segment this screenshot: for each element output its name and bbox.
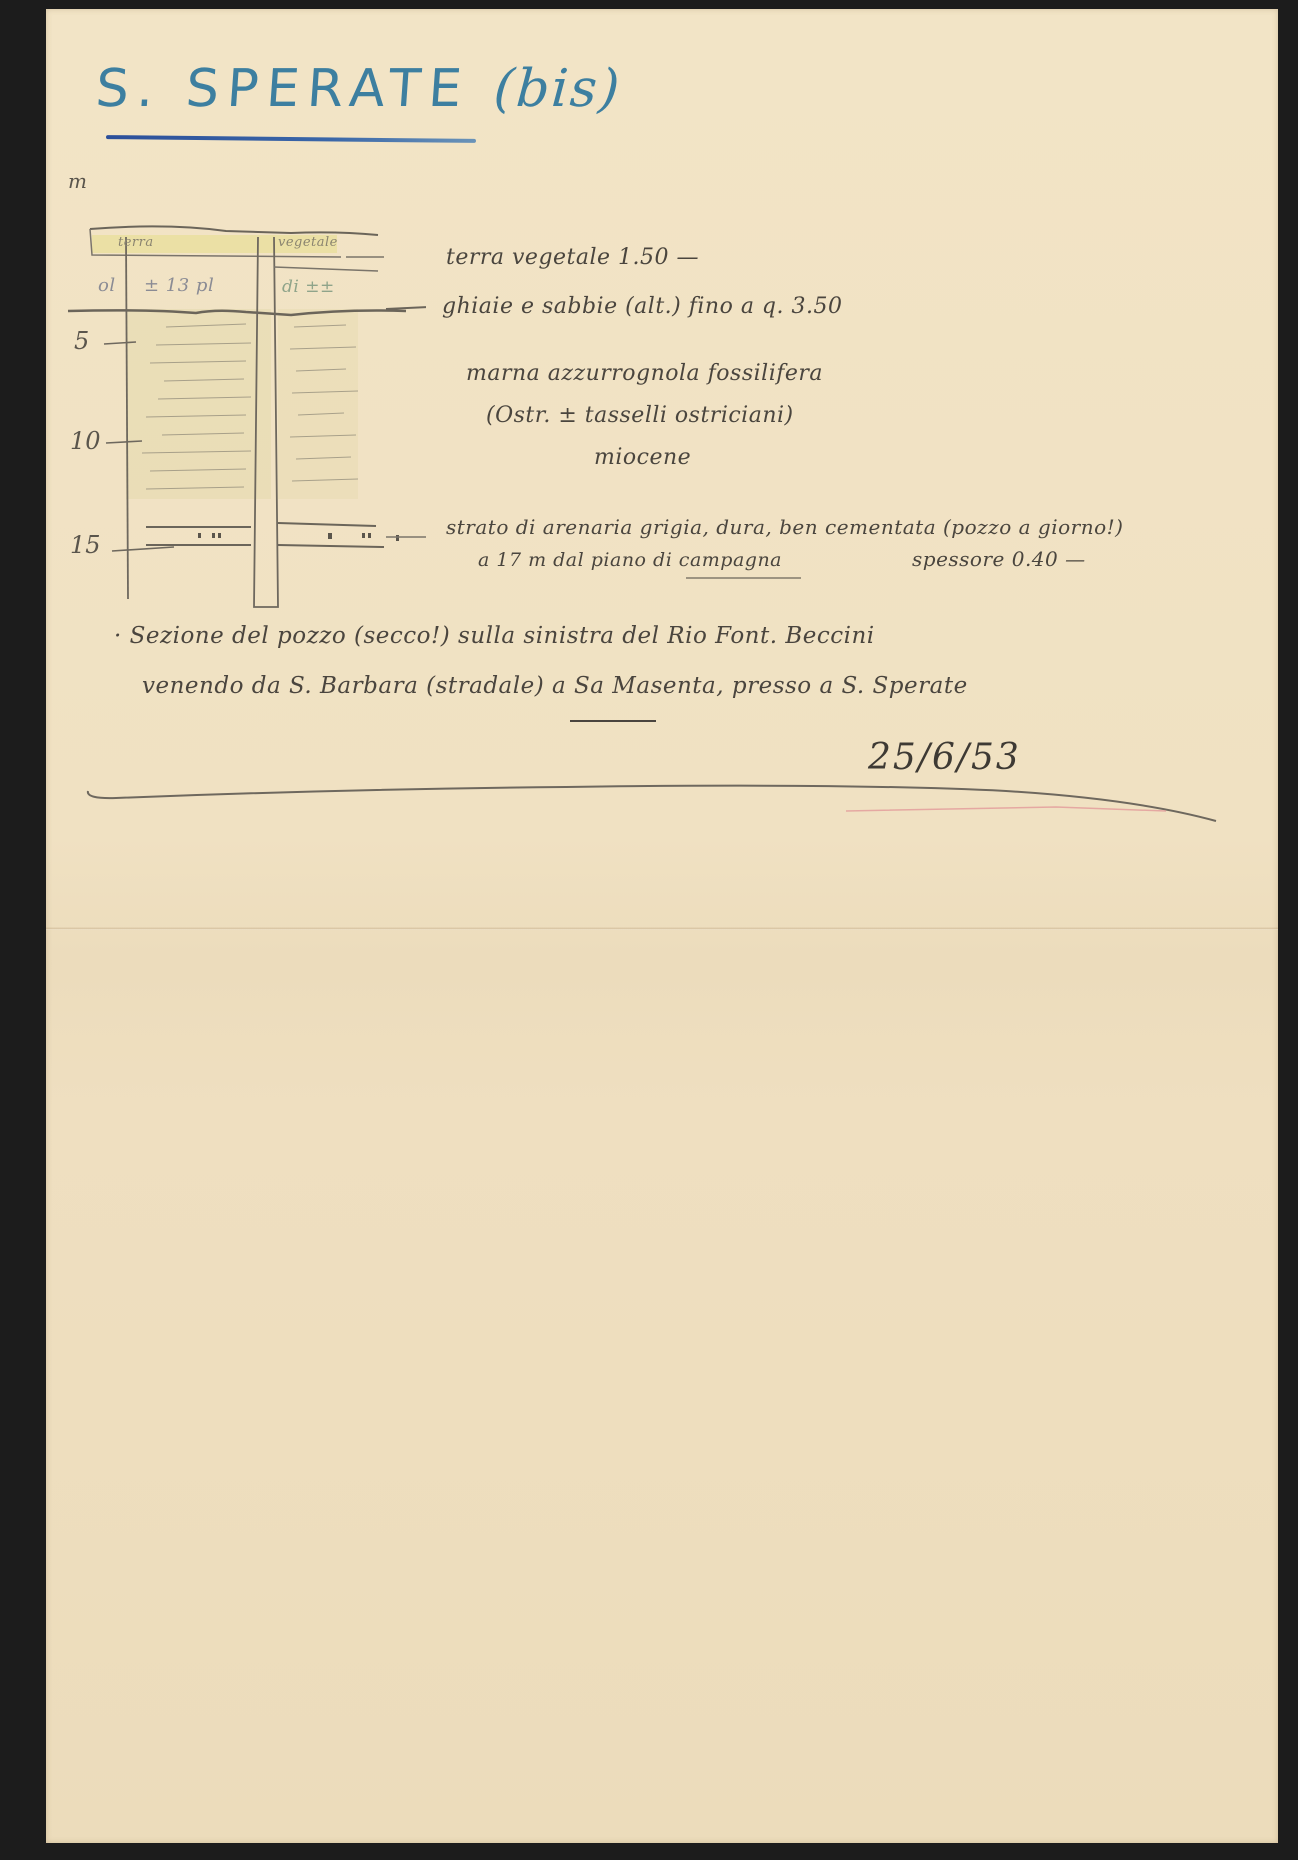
annotation-underline-piano — [686, 575, 806, 581]
annotation-ostriche: (Ostr. ± tasselli ostriciani) — [486, 403, 794, 428]
caption-line-2: venendo da S. Barbara (stradale) a Sa Ma… — [142, 673, 968, 699]
annotation-arenaria: strato di arenaria grigia, dura, ben cem… — [446, 515, 1123, 539]
annotation-marna: marna azzurrognola fossilifera — [466, 361, 823, 386]
sketch-label-second-left: ol — [98, 275, 116, 296]
sketch-label-second-mid: ± 13 pl — [144, 275, 214, 296]
title-suffix: (bis) — [492, 59, 623, 119]
caption-line-1: · Sezione del pozzo (secco!) sulla sinis… — [114, 623, 875, 649]
caption-underline-stradale — [570, 718, 660, 724]
annotation-terra-vegetale: terra vegetale 1.50 — — [446, 245, 699, 270]
sketch-label-top-left: terra — [118, 235, 154, 250]
annotation-depth-17m: a 17 m dal piano di campagna — [478, 549, 782, 571]
stratigraphic-section-sketch — [46, 9, 426, 609]
notebook-page: S. SPERATE (bis) m 5 10 15 — [46, 9, 1278, 1843]
closing-divider-line — [46, 769, 1278, 849]
annotation-ghiaie-sabbie: ghiaie e sabbie (alt.) fino a q. 3.50 — [442, 294, 842, 319]
sketch-label-second-right: di ±± — [282, 277, 335, 297]
page-fold — [46, 927, 1278, 930]
annotation-spessore: spessore 0.40 — — [912, 547, 1086, 571]
annotation-miocene: miocene — [594, 445, 691, 470]
sketch-label-top-right: vegetale — [278, 235, 338, 250]
